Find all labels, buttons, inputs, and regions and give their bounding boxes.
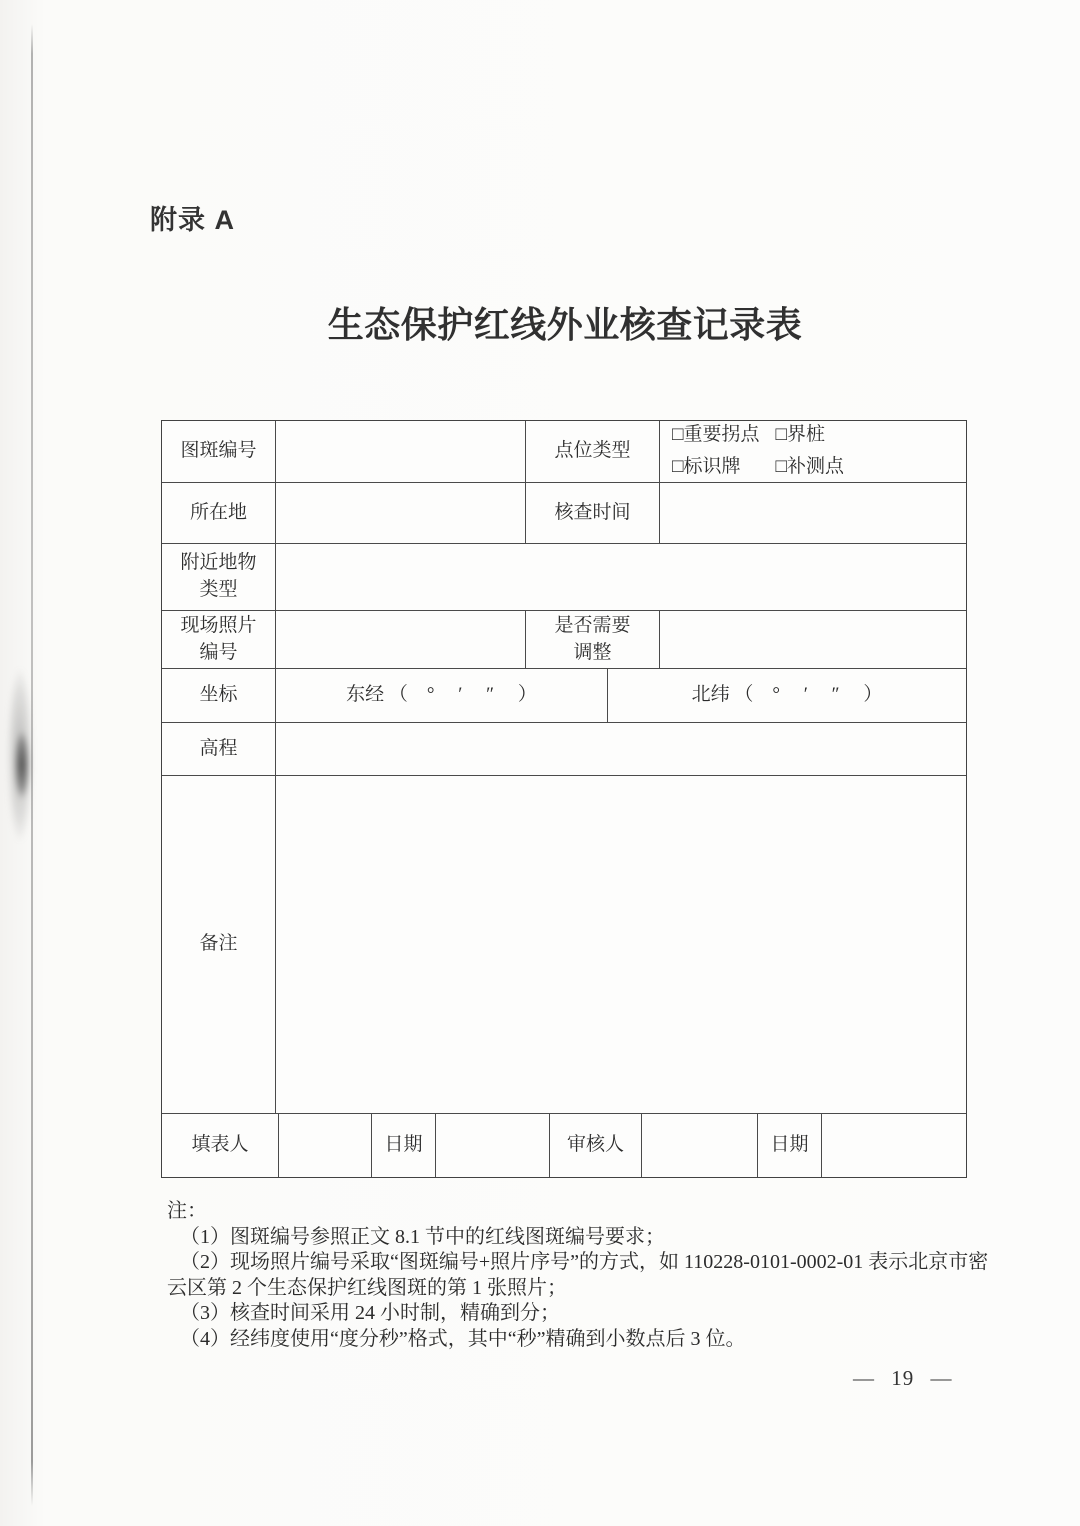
field-label-point-type: 点位类型 <box>526 421 660 482</box>
field-label-location: 所在地 <box>162 483 276 543</box>
field-value-photo-number <box>276 611 526 668</box>
row-elevation: 高程 <box>162 723 966 776</box>
record-form-table: 图斑编号 点位类型 □重要拐点 □界桩 □标识牌 □补测点 所在地 核查时间 附… <box>161 420 967 1178</box>
field-east-longitude: 东经 （ ° ′ ″ ） <box>276 669 608 722</box>
scan-binding-smudge <box>0 630 48 900</box>
checkbox-supplementary-point: □补测点 <box>775 454 843 481</box>
field-value-review-date <box>822 1114 966 1177</box>
field-value-check-time <box>660 483 966 543</box>
field-value-elevation <box>276 723 966 775</box>
point-type-checkbox-group: □重要拐点 □界桩 □标识牌 □补测点 <box>660 422 844 480</box>
note-item-3: （3）核查时间采用 24 小时制，精确到分； <box>167 1301 967 1327</box>
note-item-2-line-1: （2）现场照片编号采取“图斑编号+照片序号”的方式，如 110228-0101-… <box>167 1250 967 1276</box>
note-item-4: （4）经纬度使用“度分秒”格式，其中“秒”精确到小数点后 3 位。 <box>167 1327 967 1353</box>
page-number: — 19 — <box>853 1366 953 1391</box>
field-label-reviewer: 审核人 <box>550 1114 642 1177</box>
field-value-reviewer <box>642 1114 758 1177</box>
row-signatures: 填表人 日期 审核人 日期 <box>162 1114 966 1177</box>
page-title: 生态保护红线外业核查记录表 <box>162 297 968 348</box>
field-value-spot-number <box>276 421 526 482</box>
field-label-spot-number: 图斑编号 <box>162 421 276 482</box>
field-value-form-filler <box>279 1114 372 1177</box>
row-spot-number: 图斑编号 点位类型 □重要拐点 □界桩 □标识牌 □补测点 <box>162 421 966 483</box>
field-label-coordinates: 坐标 <box>162 669 276 722</box>
field-label-check-time: 核查时间 <box>526 483 660 543</box>
document-page: 附录 A 生态保护红线外业核查记录表 图斑编号 点位类型 □重要拐点 □界桩 □… <box>0 0 1080 1526</box>
field-north-latitude: 北纬 （ ° ′ ″ ） <box>608 669 966 722</box>
field-value-filler-date <box>436 1114 550 1177</box>
appendix-label: 附录 A <box>150 198 235 237</box>
note-item-1: （1）图斑编号参照正文 8.1 节中的红线图斑编号要求； <box>167 1225 967 1251</box>
field-label-nearby-features: 附近地物 类型 <box>162 544 276 610</box>
row-coordinates: 坐标 东经 （ ° ′ ″ ） 北纬 （ ° ′ ″ ） <box>162 669 966 723</box>
field-label-elevation: 高程 <box>162 723 276 775</box>
field-label-filler-date: 日期 <box>372 1114 436 1177</box>
note-item-2-line-2: 云区第 2 个生态保护红线图斑的第 1 张照片； <box>167 1276 967 1302</box>
checkbox-boundary-pile: □界桩 <box>775 422 843 449</box>
row-location: 所在地 核查时间 <box>162 483 966 544</box>
row-nearby-features: 附近地物 类型 <box>162 544 966 611</box>
notes-heading: 注： <box>167 1199 967 1225</box>
field-label-remarks: 备注 <box>162 776 276 1113</box>
field-value-location <box>276 483 526 543</box>
row-remarks: 备注 <box>162 776 966 1114</box>
notes-section: 注： （1）图斑编号参照正文 8.1 节中的红线图斑编号要求； （2）现场照片编… <box>167 1199 967 1352</box>
checkbox-important-corner-point: □重要拐点 <box>672 422 759 449</box>
checkbox-sign-board: □标识牌 <box>672 454 759 481</box>
field-value-remarks <box>276 776 966 1113</box>
field-value-need-adjustment <box>660 611 966 668</box>
field-label-form-filler: 填表人 <box>162 1114 279 1177</box>
field-point-type-options: □重要拐点 □界桩 □标识牌 □补测点 <box>660 421 966 482</box>
field-label-need-adjustment: 是否需要 调整 <box>526 611 660 668</box>
field-label-photo-number: 现场照片 编号 <box>162 611 276 668</box>
row-photo-number: 现场照片 编号 是否需要 调整 <box>162 611 966 669</box>
field-value-nearby-features <box>276 544 966 610</box>
field-label-review-date: 日期 <box>758 1114 822 1177</box>
